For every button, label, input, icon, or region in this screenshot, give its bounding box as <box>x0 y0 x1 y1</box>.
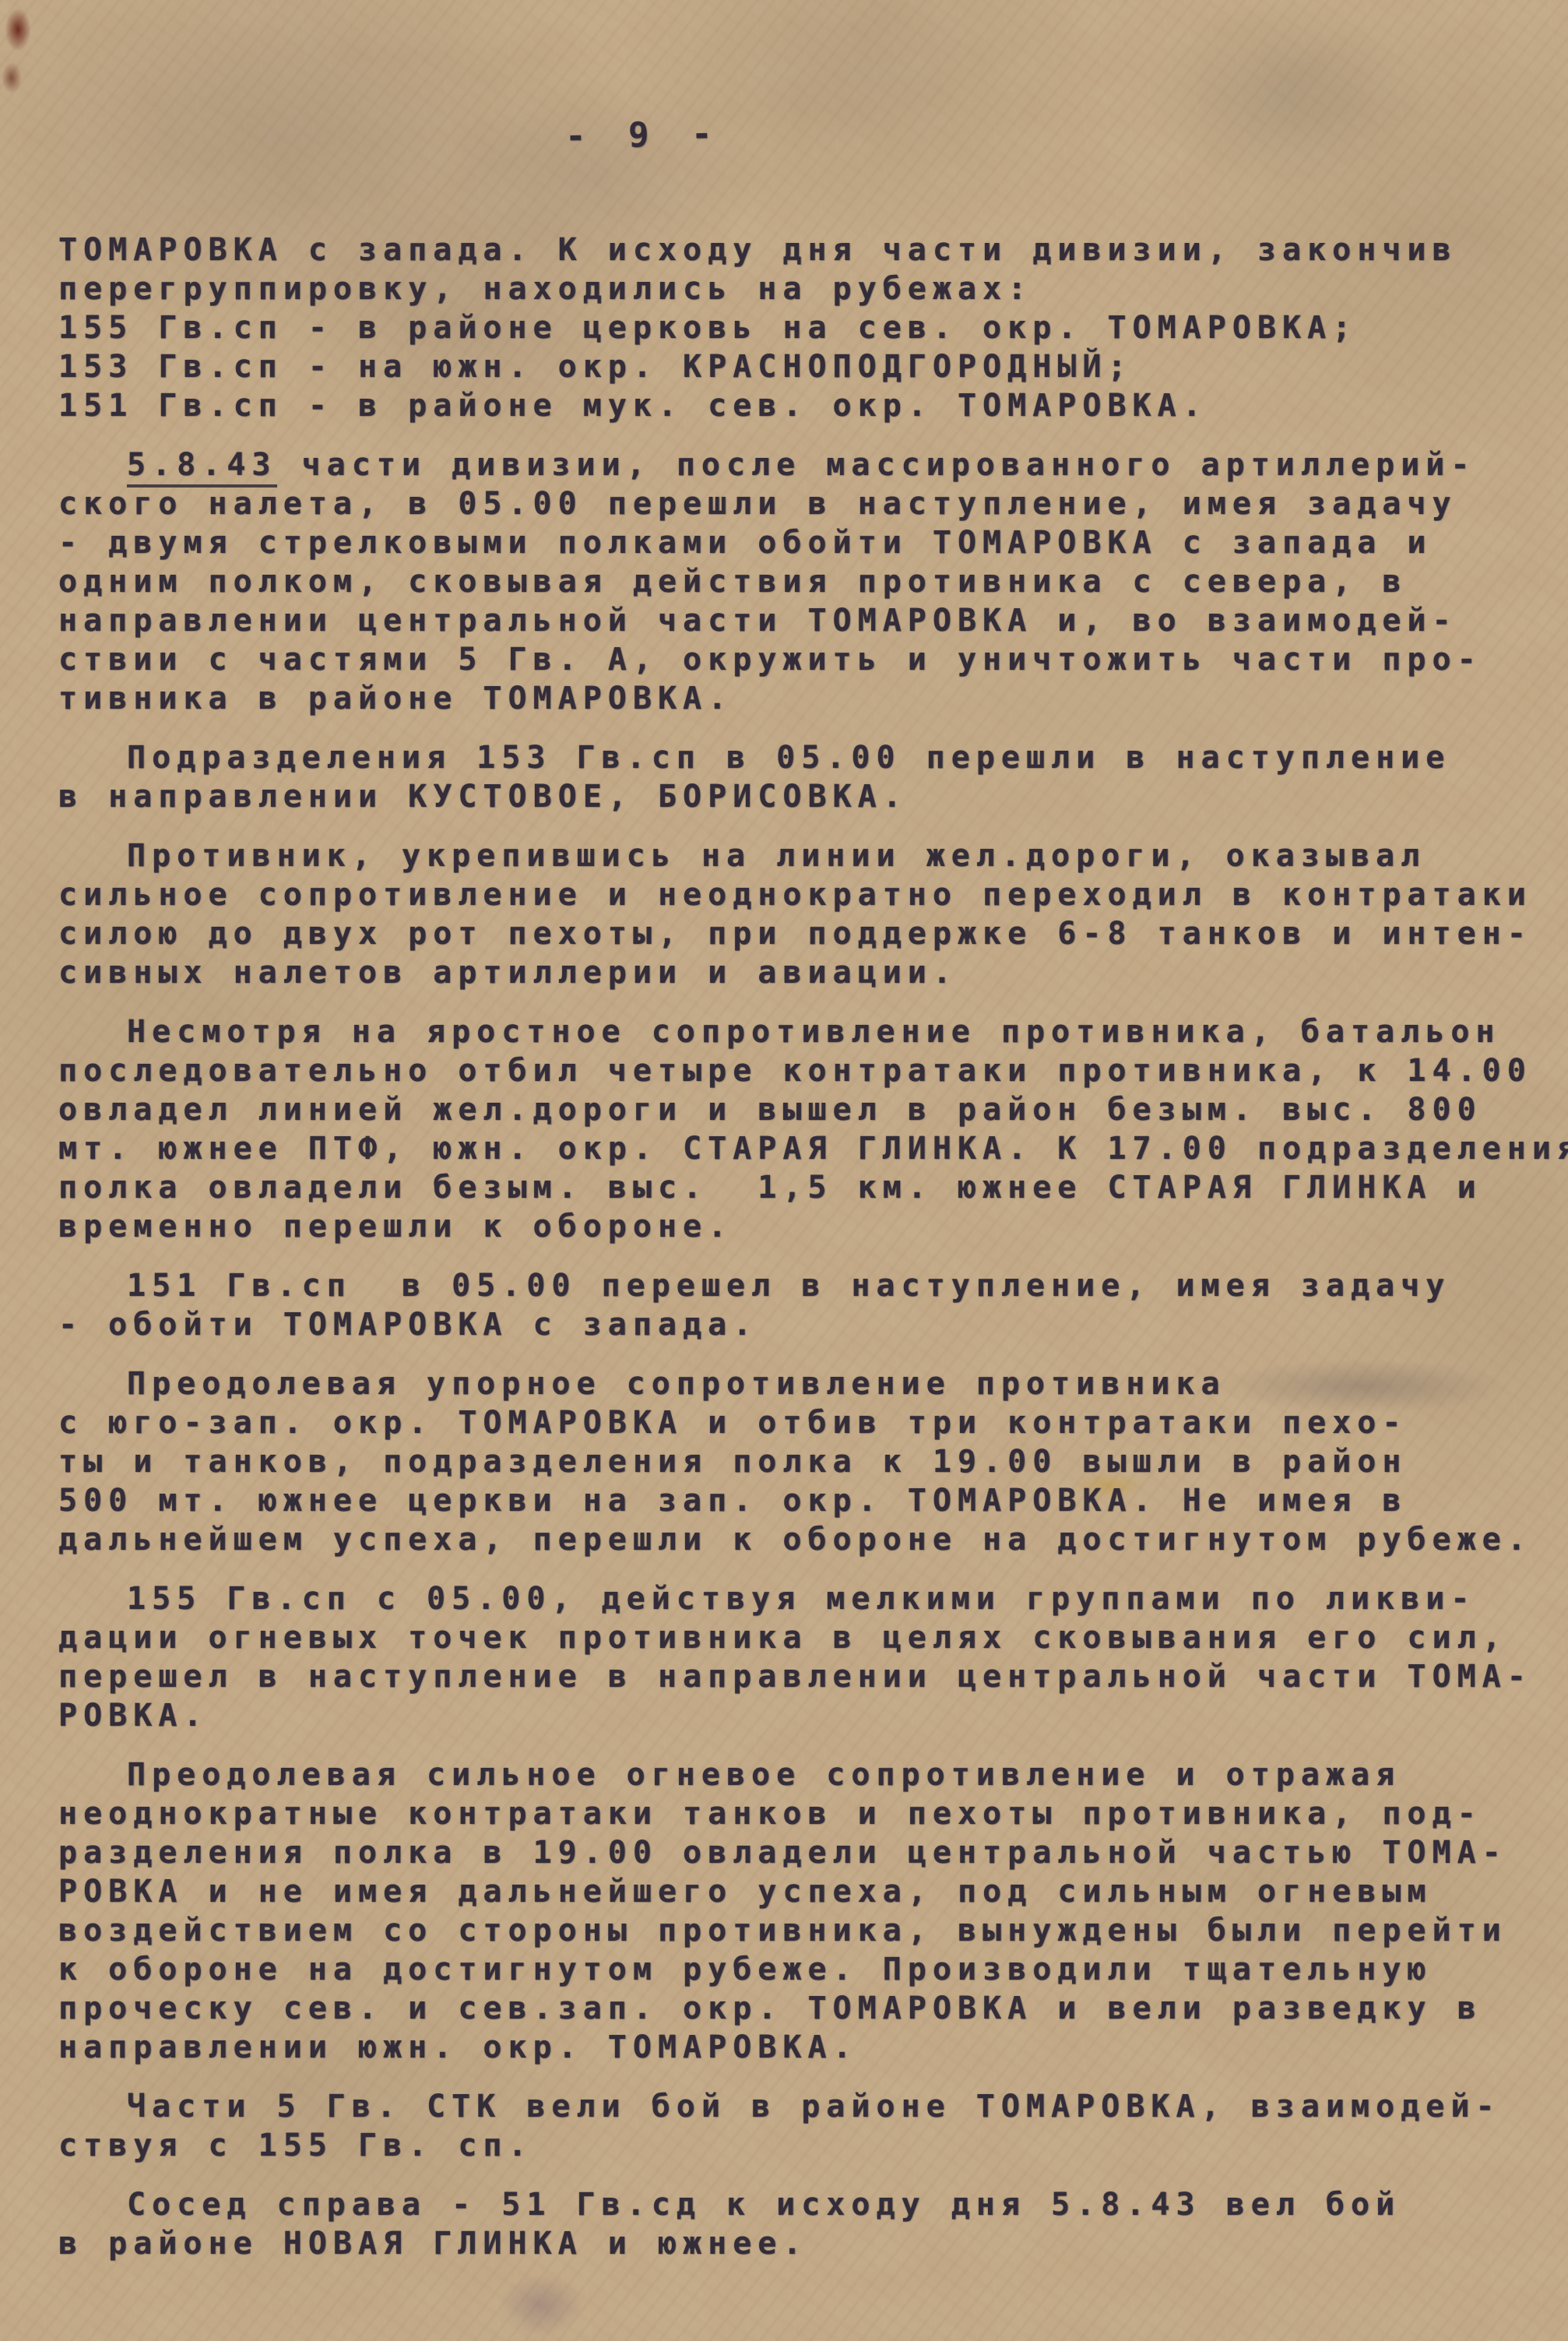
text-line: сивных налетов артиллерии и авиации. <box>58 953 1568 992</box>
text-line: ского налета, в 05.00 перешли в наступле… <box>58 484 1568 523</box>
text-line: 151 Гв.сп в 05.00 перешел в наступление,… <box>127 1266 1568 1305</box>
paragraph: Противник, укрепившись на линии жел.доро… <box>58 836 1568 992</box>
text-line: ствии с частями 5 Гв. А, окружить и унич… <box>58 640 1568 679</box>
text-line: - двумя стрелковыми полками обойти ТОМАР… <box>58 523 1568 562</box>
underlined-date: 5.8.43 <box>127 447 277 488</box>
paragraph: Подразделения 153 Гв.сп в 05.00 перешли … <box>58 738 1568 816</box>
text-line: ствуя с 155 Гв. сп. <box>58 2126 1568 2165</box>
text-line: 151 Гв.сп - в районе мук. сев. окр. ТОМА… <box>58 386 1568 425</box>
paper-stain <box>498 2274 584 2336</box>
text-line: 5.8.43 части дивизии, после массированно… <box>127 445 1568 484</box>
document-body: ТОМАРОВКА с запада. К исходу дня части д… <box>58 231 1568 2283</box>
text-line: к обороне на достигнутом рубеже. Произво… <box>58 1950 1568 1989</box>
text-line: дации огневых точек противника в целях с… <box>58 1618 1568 1657</box>
text-line: Противник, укрепившись на линии жел.доро… <box>127 836 1568 875</box>
text-line: в направлении КУСТОВОЕ, БОРИСОВКА. <box>58 777 1568 816</box>
text-line: неоднократные контратаки танков и пехоты… <box>58 1794 1568 1833</box>
text-line: направлении южн. окр. ТОМАРОВКА. <box>58 2028 1568 2067</box>
text-line: 155 Гв.сп - в районе церковь на сев. окр… <box>58 308 1568 347</box>
text-line: воздействием со стороны противника, выну… <box>58 1911 1568 1950</box>
text-line: РОВКА и не имея дальнейшего успеха, под … <box>58 1872 1568 1911</box>
paragraph: Преодолевая упорное сопротивление против… <box>58 1364 1568 1559</box>
text-line: - обойти ТОМАРОВКА с запада. <box>58 1305 1568 1344</box>
paragraph: Преодолевая сильное огневое сопротивлени… <box>58 1755 1568 2067</box>
text-line: проческу сев. и сев.зап. окр. ТОМАРОВКА … <box>58 1989 1568 2028</box>
text-line: Несмотря на яростное сопротивление проти… <box>127 1012 1568 1051</box>
text-line: последовательно отбил четыре контратаки … <box>58 1051 1568 1090</box>
paragraph: Сосед справа - 51 Гв.сд к исходу дня 5.8… <box>58 2185 1568 2263</box>
paragraph: 151 Гв.сп в 05.00 перешел в наступление,… <box>58 1266 1568 1344</box>
text-line: с юго-зап. окр. ТОМАРОВКА и отбив три ко… <box>58 1403 1568 1442</box>
text-line: в районе НОВАЯ ГЛИНКА и южнее. <box>58 2224 1568 2263</box>
paragraph: Несмотря на яростное сопротивление проти… <box>58 1012 1568 1246</box>
paragraph: 5.8.43 части дивизии, после массированно… <box>58 445 1568 718</box>
text-line: Преодолевая упорное сопротивление против… <box>127 1364 1568 1403</box>
text-line: Преодолевая сильное огневое сопротивлени… <box>127 1755 1568 1794</box>
text-line: 153 Гв.сп - на южн. окр. КРАСНОПОДГОРОДН… <box>58 347 1568 386</box>
text-line: перегруппировку, находились на рубежах: <box>58 269 1568 308</box>
text-line: мт. южнее ПТФ, южн. окр. СТАРАЯ ГЛИНКА. … <box>58 1129 1568 1168</box>
text-line: ТОМАРОВКА с запада. К исходу дня части д… <box>58 231 1568 269</box>
text-line: полка овладели безым. выс. 1,5 км. южнее… <box>58 1168 1568 1207</box>
text-line: одним полком, сковывая действия противни… <box>58 562 1568 601</box>
text-line: ты и танков, подразделения полка к 19.00… <box>58 1442 1568 1481</box>
text-line: силою до двух рот пехоты, при поддержке … <box>58 914 1568 953</box>
paragraph: 155 Гв.сп с 05.00, действуя мелкими груп… <box>58 1579 1568 1735</box>
text-line: разделения полка в 19.00 овладели центра… <box>58 1833 1568 1872</box>
text-line: Подразделения 153 Гв.сп в 05.00 перешли … <box>127 738 1568 777</box>
text-line: тивника в районе ТОМАРОВКА. <box>58 679 1568 718</box>
text-line: сильное сопротивление и неоднократно пер… <box>58 875 1568 914</box>
scanned-document-page: - 9 - ТОМАРОВКА с запада. К исходу дня ч… <box>0 0 1568 2341</box>
paragraph: ТОМАРОВКА с запада. К исходу дня части д… <box>58 231 1568 425</box>
text-line: 155 Гв.сп с 05.00, действуя мелкими груп… <box>127 1579 1568 1618</box>
text-line: 500 мт. южнее церкви на зап. окр. ТОМАРО… <box>58 1481 1568 1520</box>
text-line: Сосед справа - 51 Гв.сд к исходу дня 5.8… <box>127 2185 1568 2224</box>
text-line: Части 5 Гв. СТК вели бой в районе ТОМАРО… <box>127 2087 1568 2126</box>
text-line: временно перешли к обороне. <box>58 1207 1568 1246</box>
page-number: - 9 - <box>565 114 723 157</box>
ink-mark <box>5 8 31 51</box>
text-line: перешел в наступление в направлении цент… <box>58 1657 1568 1696</box>
paragraph: Части 5 Гв. СТК вели бой в районе ТОМАРО… <box>58 2087 1568 2165</box>
text-line: дальнейшем успеха, перешли к обороне на … <box>58 1520 1568 1559</box>
ink-mark <box>2 62 22 93</box>
text-line: овладел линией жел.дороги и вышел в райо… <box>58 1090 1568 1129</box>
text-line: РОВКА. <box>58 1696 1568 1735</box>
text-line: направлении центральной части ТОМАРОВКА … <box>58 601 1568 640</box>
